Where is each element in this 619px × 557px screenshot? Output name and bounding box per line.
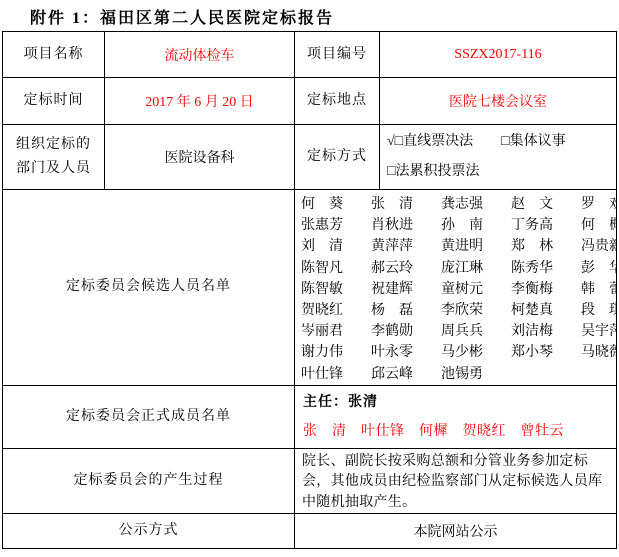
official-members-cell: 主任：张清 张 清 叶仕锋 何樨 贺晓红 曾牡云 xyxy=(295,385,617,448)
formation-process-text: 院长、副院长按采购总额和分管业务参加定标会，其他成员由纪检监察部门从定标候选人员… xyxy=(295,448,617,514)
table-row: 定标委员会的产生过程 院长、副院长按采购总额和分管业务参加定标会，其他成员由纪检… xyxy=(3,448,617,514)
committee-members: 张 清 叶仕锋 何樨 贺晓红 曾牡云 xyxy=(303,417,616,446)
value-project-name: 流动体检车 xyxy=(105,32,295,78)
table-row: 公示方式 本院网站公示 xyxy=(3,514,617,549)
candidate-name-line: 贺晓红 杨 磊 李欣荣 柯楚真 段 琪 xyxy=(301,300,616,321)
label-award-place: 定标地点 xyxy=(295,78,380,125)
candidate-name-line: 张惠芳 肖秋进 孙 南 丁务高 何 樨 xyxy=(301,215,616,236)
table-row: 项目名称 流动体检车 项目编号 SSZX2017-116 xyxy=(3,32,617,78)
value-org-dept: 医院设备科 xyxy=(105,125,295,190)
committee-chair: 主任：张清 xyxy=(303,388,616,417)
candidate-name-line: 刘 清 黄萍萍 黄进明 郑 林 冯贵新 xyxy=(301,236,616,257)
value-award-method: √□直线票决法 □集体议事 □法累积投票法 xyxy=(380,125,617,190)
value-publicity-method: 本院网站公示 xyxy=(295,514,617,549)
method-option-line: □法累积投票法 xyxy=(387,157,616,187)
method-option-line: √□直线票决法 □集体议事 xyxy=(387,127,616,157)
candidate-name-line: 陈智凡 郝云玲 庞江琳 陈秀华 彭 华 xyxy=(301,258,616,279)
label-candidate-list: 定标委员会候选人员名单 xyxy=(3,190,295,386)
table-row: 定标委员会候选人员名单 何 葵 张 清 龚志强 赵 文 罗 欢 张惠芳 肖秋进 … xyxy=(3,190,617,386)
label-award-date: 定标时间 xyxy=(3,78,105,125)
candidate-name-line: 陈智敏 祝建辉 童树元 李衡梅 韩 蕾 xyxy=(301,279,616,300)
label-org-dept: 组织定标的 部门及人员 xyxy=(3,125,105,190)
candidate-name-line: 何 葵 张 清 龚志强 赵 文 罗 欢 xyxy=(301,194,616,215)
table-row: 组织定标的 部门及人员 医院设备科 定标方式 √□直线票决法 □集体议事 □法累… xyxy=(3,125,617,190)
label-formation-process: 定标委员会的产生过程 xyxy=(3,448,295,514)
page-title: 附件 1：福田区第二人民医院定标报告 xyxy=(30,5,334,28)
table-row: 定标委员会正式成员名单 主任：张清 张 清 叶仕锋 何樨 贺晓红 曾牡云 xyxy=(3,385,617,448)
candidate-name-line: 叶仕锋 邱云峰 池锡勇 xyxy=(301,364,616,385)
report-table: 项目名称 流动体检车 项目编号 SSZX2017-116 定标时间 2017 年… xyxy=(2,31,617,549)
candidate-name-line: 谢力伟 叶永零 马少彬 郑小琴 马晓薇 xyxy=(301,342,616,363)
label-publicity-method: 公示方式 xyxy=(3,514,295,549)
value-award-place: 医院七楼会议室 xyxy=(380,78,617,125)
table-row: 定标时间 2017 年 6 月 20 日 定标地点 医院七楼会议室 xyxy=(3,78,617,125)
report-page: 附件 1：福田区第二人民医院定标报告 项目名称 流动体检车 项目编号 SSZX2… xyxy=(0,0,619,557)
label-project-name: 项目名称 xyxy=(3,32,105,78)
candidate-name-line: 岑丽君 李鹤勋 周兵兵 刘洁梅 吴宇萍 xyxy=(301,321,616,342)
value-award-date: 2017 年 6 月 20 日 xyxy=(105,78,295,125)
label-award-method: 定标方式 xyxy=(295,125,380,190)
label-official-members: 定标委员会正式成员名单 xyxy=(3,385,295,448)
label-project-code: 项目编号 xyxy=(295,32,380,78)
value-project-code: SSZX2017-116 xyxy=(380,32,617,78)
candidate-names-list: 何 葵 张 清 龚志强 赵 文 罗 欢 张惠芳 肖秋进 孙 南 丁务高 何 樨 … xyxy=(295,190,617,386)
